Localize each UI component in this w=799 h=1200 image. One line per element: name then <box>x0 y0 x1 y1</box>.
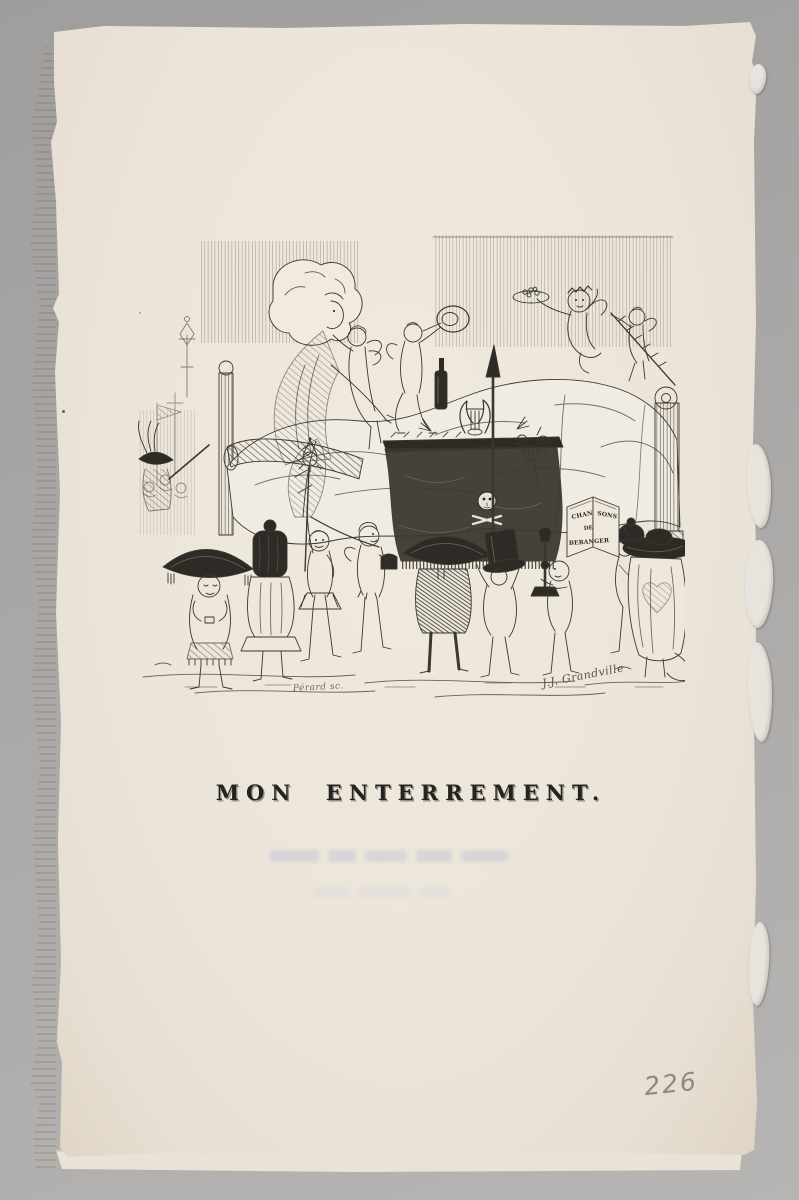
paper-sheet: CHAN SONS DE BERANGER <box>44 22 758 1158</box>
pencil-page-number: 226 <box>643 1064 726 1101</box>
putto-busby <box>241 520 301 681</box>
scanned-book-page: { "scan": { "background_color": "#a9a7a6… <box>0 0 799 1200</box>
engraving-illustration: CHAN SONS DE BERANGER <box>135 235 685 705</box>
plate-title: MON ENTERREMENT. <box>44 780 758 805</box>
placard-text-de: DE <box>584 525 594 532</box>
torn-paper-chunk <box>743 540 774 629</box>
lamp-finial <box>179 317 195 398</box>
show-through-text-row-faint <box>312 888 450 897</box>
show-through-text-row <box>269 850 509 862</box>
paper-speck <box>62 410 65 413</box>
book-block-edge <box>24 46 56 1170</box>
putto-bearer-bicorne <box>403 536 491 673</box>
putto-bicorne <box>163 549 253 689</box>
funeral-bier <box>383 345 563 569</box>
putto-wide-hat <box>623 529 685 681</box>
paper-speck <box>139 312 141 314</box>
